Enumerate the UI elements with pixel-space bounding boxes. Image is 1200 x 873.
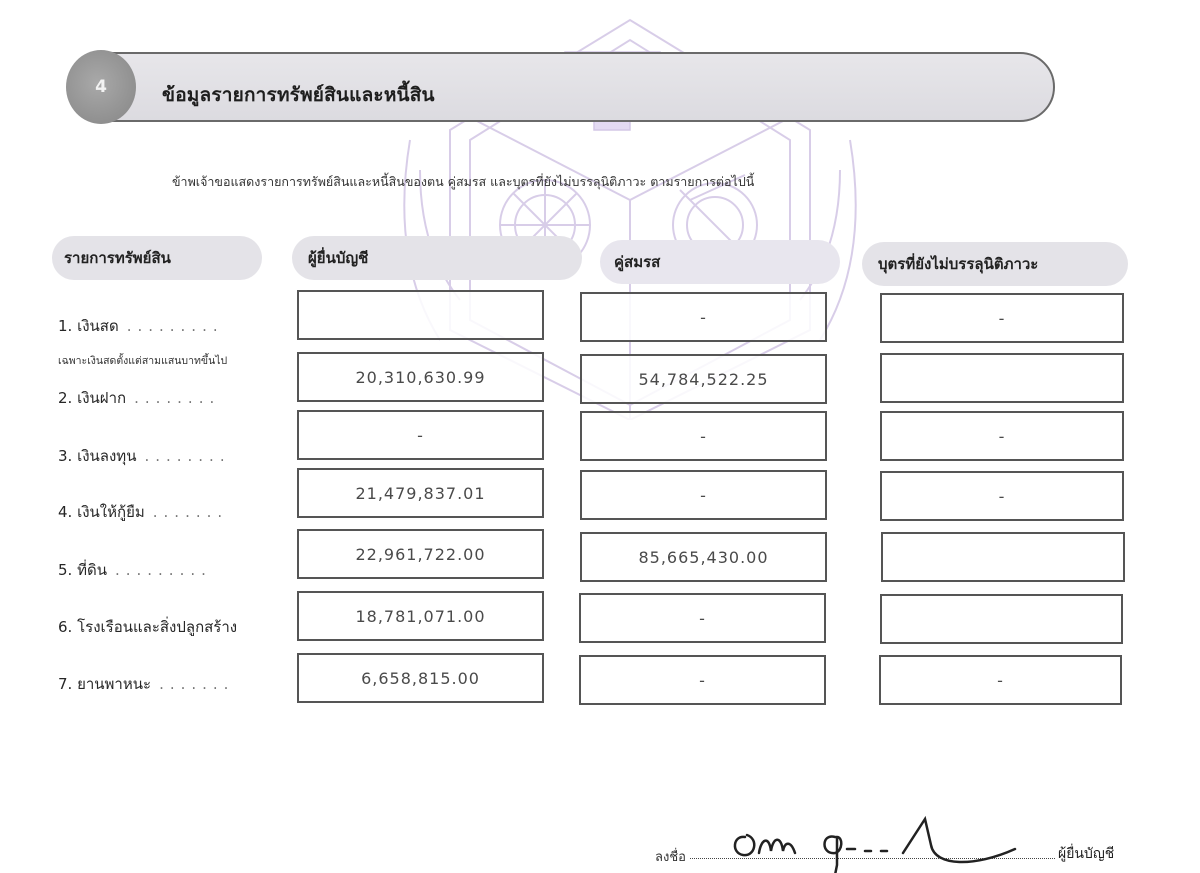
declarant-deposits-value: 20,310,630.99 [297,352,544,402]
declarant-investments-value: - [297,410,544,460]
declarant-cash-value [297,290,544,340]
column-header-minor-children: บุตรที่ยังไม่บรรลุนิติภาวะ [862,242,1128,286]
section-number-badge: 4 [66,50,136,124]
column-header-minor-children-label: บุตรที่ยังไม่บรรลุนิติภาวะ [878,252,1038,276]
row-label-land: 5. ที่ดิน......... [58,558,298,582]
declarant-loans-value: 21,479,837.01 [297,468,544,518]
children-deposits-value [880,353,1124,403]
row-label-buildings: 6. โรงเรือนและสิ่งปลูกสร้าง [58,615,298,639]
children-vehicles-value: - [879,655,1122,705]
column-header-spouse-label: คู่สมรส [614,250,660,274]
row-label-loans: 4. เงินให้กู้ยืม....... [58,500,298,524]
children-buildings-value [880,594,1123,644]
declarant-buildings-value: 18,781,071.00 [297,591,544,641]
row-label-cash: 1. เงินสด......... [58,314,298,338]
handwritten-signature [725,805,1045,873]
column-header-spouse: คู่สมรส [600,240,840,284]
column-header-item-label: รายการทรัพย์สิน [64,246,171,270]
column-header-item: รายการทรัพย์สิน [52,236,262,280]
children-loans-value: - [880,471,1124,521]
intro-text: ข้าพเจ้าขอแสดงรายการทรัพย์สินและหนี้สินข… [172,172,754,192]
cash-threshold-note: เฉพาะเงินสดตั้งแต่สามแสนบาทขึ้นไป [58,352,227,369]
spouse-investments-value: - [580,411,827,461]
spouse-cash-value: - [580,292,827,342]
children-cash-value: - [880,293,1124,343]
spouse-buildings-value: - [579,593,826,643]
declarant-land-value: 22,961,722.00 [297,529,544,579]
column-header-declarant: ผู้ยื่นบัญชี [292,236,582,280]
spouse-land-value: 85,665,430.00 [580,532,827,582]
spouse-loans-value: - [580,470,827,520]
column-header-declarant-label: ผู้ยื่นบัญชี [308,246,368,270]
signature-label: ลงชื่อ [655,846,686,867]
row-label-deposits: 2. เงินฝาก........ [58,386,298,410]
declarant-vehicles-value: 6,658,815.00 [297,653,544,703]
children-investments-value: - [880,411,1124,461]
children-land-value [881,532,1125,582]
spouse-vehicles-value: - [579,655,826,705]
spouse-deposits-value: 54,784,522.25 [580,354,827,404]
section-title: ข้อมูลรายการทรัพย์สินและหนี้สิน [162,80,435,110]
row-label-investments: 3. เงินลงทุน........ [58,444,298,468]
row-label-vehicles: 7. ยานพาหนะ....... [58,672,298,696]
signature-role: ผู้ยื่นบัญชี [1058,843,1114,865]
